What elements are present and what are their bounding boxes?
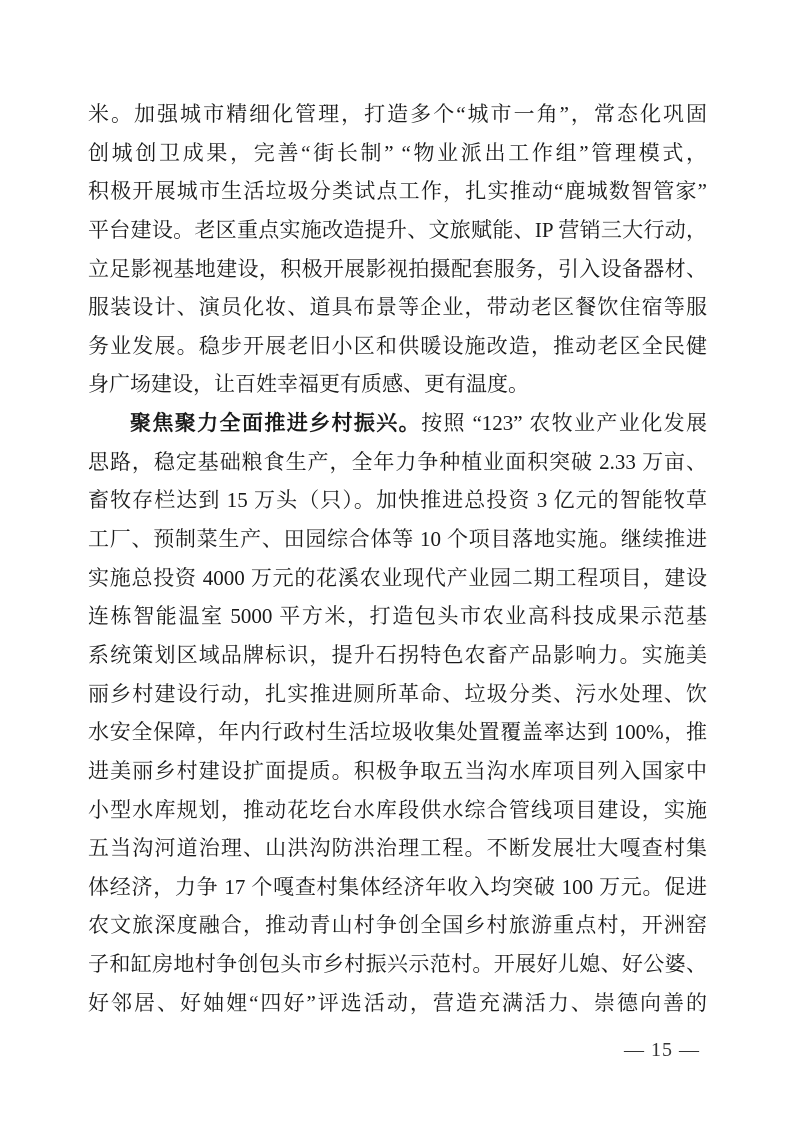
text-run: 丽乡村建设行动，扎实推进厕所革命、垃圾分类、污水处理、饮 xyxy=(88,682,707,706)
text-line: 实施总投资 4000 万元的花溪农业现代产业园二期工程项目，建设 xyxy=(88,559,707,598)
text-run: 五当沟河道治理、山洪沟防洪治理工程。不断发展壮大嘎查村集 xyxy=(88,836,707,860)
text-run: 水安全保障，年内行政村生活垃圾收集处置覆盖率达到 100%，推 xyxy=(88,720,707,744)
text-line: 聚焦聚力全面推进乡村振兴。按照 “123” 农牧业产业化发展 xyxy=(88,404,707,443)
text-run: 按照 “123” 农牧业产业化发展 xyxy=(421,411,707,435)
text-run: 畜牧存栏达到 15 万头（只）。加快推进总投资 3 亿元的智能牧草 xyxy=(88,488,707,512)
text-run: 体经济，力争 17 个嘎查村集体经济年收入均突破 100 万元。促进 xyxy=(88,875,707,899)
text-run: 进美丽乡村建设扩面提质。积极争取五当沟水库项目列入国家中 xyxy=(88,759,707,783)
text-line: 五当沟河道治理、山洪沟防洪治理工程。不断发展壮大嘎查村集 xyxy=(88,829,707,868)
text-run: 小型水库规划，推动花圪台水库段供水综合管线项目建设，实施 xyxy=(88,798,707,822)
text-line: 丽乡村建设行动，扎实推进厕所革命、垃圾分类、污水处理、饮 xyxy=(88,675,707,714)
text-line: 身广场建设，让百姓幸福更有质感、更有温度。 xyxy=(88,365,707,404)
text-line: 积极开展城市生活垃圾分类试点工作，扎实推动“鹿城数智管家” xyxy=(88,172,707,211)
text-line: 务业发展。稳步开展老旧小区和供暖设施改造，推动老区全民健 xyxy=(88,327,707,366)
text-line: 体经济，力争 17 个嘎查村集体经济年收入均突破 100 万元。促进 xyxy=(88,868,707,907)
text-line: 系统策划区域品牌标识，提升石拐特色农畜产品影响力。实施美 xyxy=(88,636,707,675)
text-run: 好邻居、好妯娌“四好”评选活动，营造充满活力、崇德向善的 xyxy=(88,991,707,1015)
text-run: 米。加强城市精细化管理，打造多个“城市一角”，常态化巩固 xyxy=(88,102,707,126)
text-line: 连栋智能温室 5000 平方米，打造包头市农业高科技成果示范基地。 xyxy=(88,597,707,636)
text-run: 立足影视基地建设，积极开展影视拍摄配套服务，引入设备器材、 xyxy=(88,257,707,281)
text-run: 平台建设。老区重点实施改造提升、文旅赋能、IP 营销三大行动， xyxy=(88,218,707,242)
text-line: 畜牧存栏达到 15 万头（只）。加快推进总投资 3 亿元的智能牧草 xyxy=(88,481,707,520)
text-line: 小型水库规划，推动花圪台水库段供水综合管线项目建设，实施 xyxy=(88,791,707,830)
text-line: 创城创卫成果，完善“街长制” “物业派出工作组”管理模式， xyxy=(88,134,707,173)
text-run: 农文旅深度融合，推动青山村争创全国乡村旅游重点村，开洲窑 xyxy=(88,913,707,937)
paragraph: 聚焦聚力全面推进乡村振兴。按照 “123” 农牧业产业化发展思路，稳定基础粮食生… xyxy=(88,404,707,1022)
text-run: 务业发展。稳步开展老旧小区和供暖设施改造，推动老区全民健 xyxy=(88,334,707,358)
bold-heading-run: 聚焦聚力全面推进乡村振兴。 xyxy=(130,411,421,435)
text-line: 米。加强城市精细化管理，打造多个“城市一角”，常态化巩固 xyxy=(88,95,707,134)
document-body: 米。加强城市精细化管理，打造多个“城市一角”，常态化巩固创城创卫成果，完善“街长… xyxy=(88,95,707,1022)
text-run: 系统策划区域品牌标识，提升石拐特色农畜产品影响力。实施美 xyxy=(88,643,707,667)
text-line: 服装设计、演员化妆、道具布景等企业，带动老区餐饮住宿等服 xyxy=(88,288,707,327)
text-line: 立足影视基地建设，积极开展影视拍摄配套服务，引入设备器材、 xyxy=(88,250,707,289)
page-number: — 15 — xyxy=(624,1036,700,1064)
text-run: 身广场建设，让百姓幸福更有质感、更有温度。 xyxy=(88,372,529,396)
text-line: 子和缸房地村争创包头市乡村振兴示范村。开展好儿媳、好公婆、 xyxy=(88,945,707,984)
text-run: 连栋智能温室 5000 平方米，打造包头市农业高科技成果示范基地。 xyxy=(88,604,707,636)
paragraph: 米。加强城市精细化管理，打造多个“城市一角”，常态化巩固创城创卫成果，完善“街长… xyxy=(88,95,707,404)
text-line: 进美丽乡村建设扩面提质。积极争取五当沟水库项目列入国家中 xyxy=(88,752,707,791)
text-line: 好邻居、好妯娌“四好”评选活动，营造充满活力、崇德向善的 xyxy=(88,984,707,1023)
text-run: 实施总投资 4000 万元的花溪农业现代产业园二期工程项目，建设 xyxy=(88,566,707,590)
text-line: 水安全保障，年内行政村生活垃圾收集处置覆盖率达到 100%，推 xyxy=(88,713,707,752)
text-line: 思路，稳定基础粮食生产，全年力争种植业面积突破 2.33 万亩、 xyxy=(88,443,707,482)
text-run: 子和缸房地村争创包头市乡村振兴示范村。开展好儿媳、好公婆、 xyxy=(88,952,707,976)
text-line: 平台建设。老区重点实施改造提升、文旅赋能、IP 营销三大行动， xyxy=(88,211,707,250)
text-line: 农文旅深度融合，推动青山村争创全国乡村旅游重点村，开洲窑 xyxy=(88,906,707,945)
text-line: 工厂、预制菜生产、田园综合体等 10 个项目落地实施。继续推进 xyxy=(88,520,707,559)
text-run: 服装设计、演员化妆、道具布景等企业，带动老区餐饮住宿等服 xyxy=(88,295,707,319)
text-run: 积极开展城市生活垃圾分类试点工作，扎实推动“鹿城数智管家” xyxy=(88,179,707,203)
text-run: 工厂、预制菜生产、田园综合体等 10 个项目落地实施。继续推进 xyxy=(88,527,707,551)
document-page: 米。加强城市精细化管理，打造多个“城市一角”，常态化巩固创城创卫成果，完善“街长… xyxy=(0,0,793,1122)
text-run: 创城创卫成果，完善“街长制” “物业派出工作组”管理模式， xyxy=(88,141,707,165)
text-run: 思路，稳定基础粮食生产，全年力争种植业面积突破 2.33 万亩、 xyxy=(88,450,707,474)
